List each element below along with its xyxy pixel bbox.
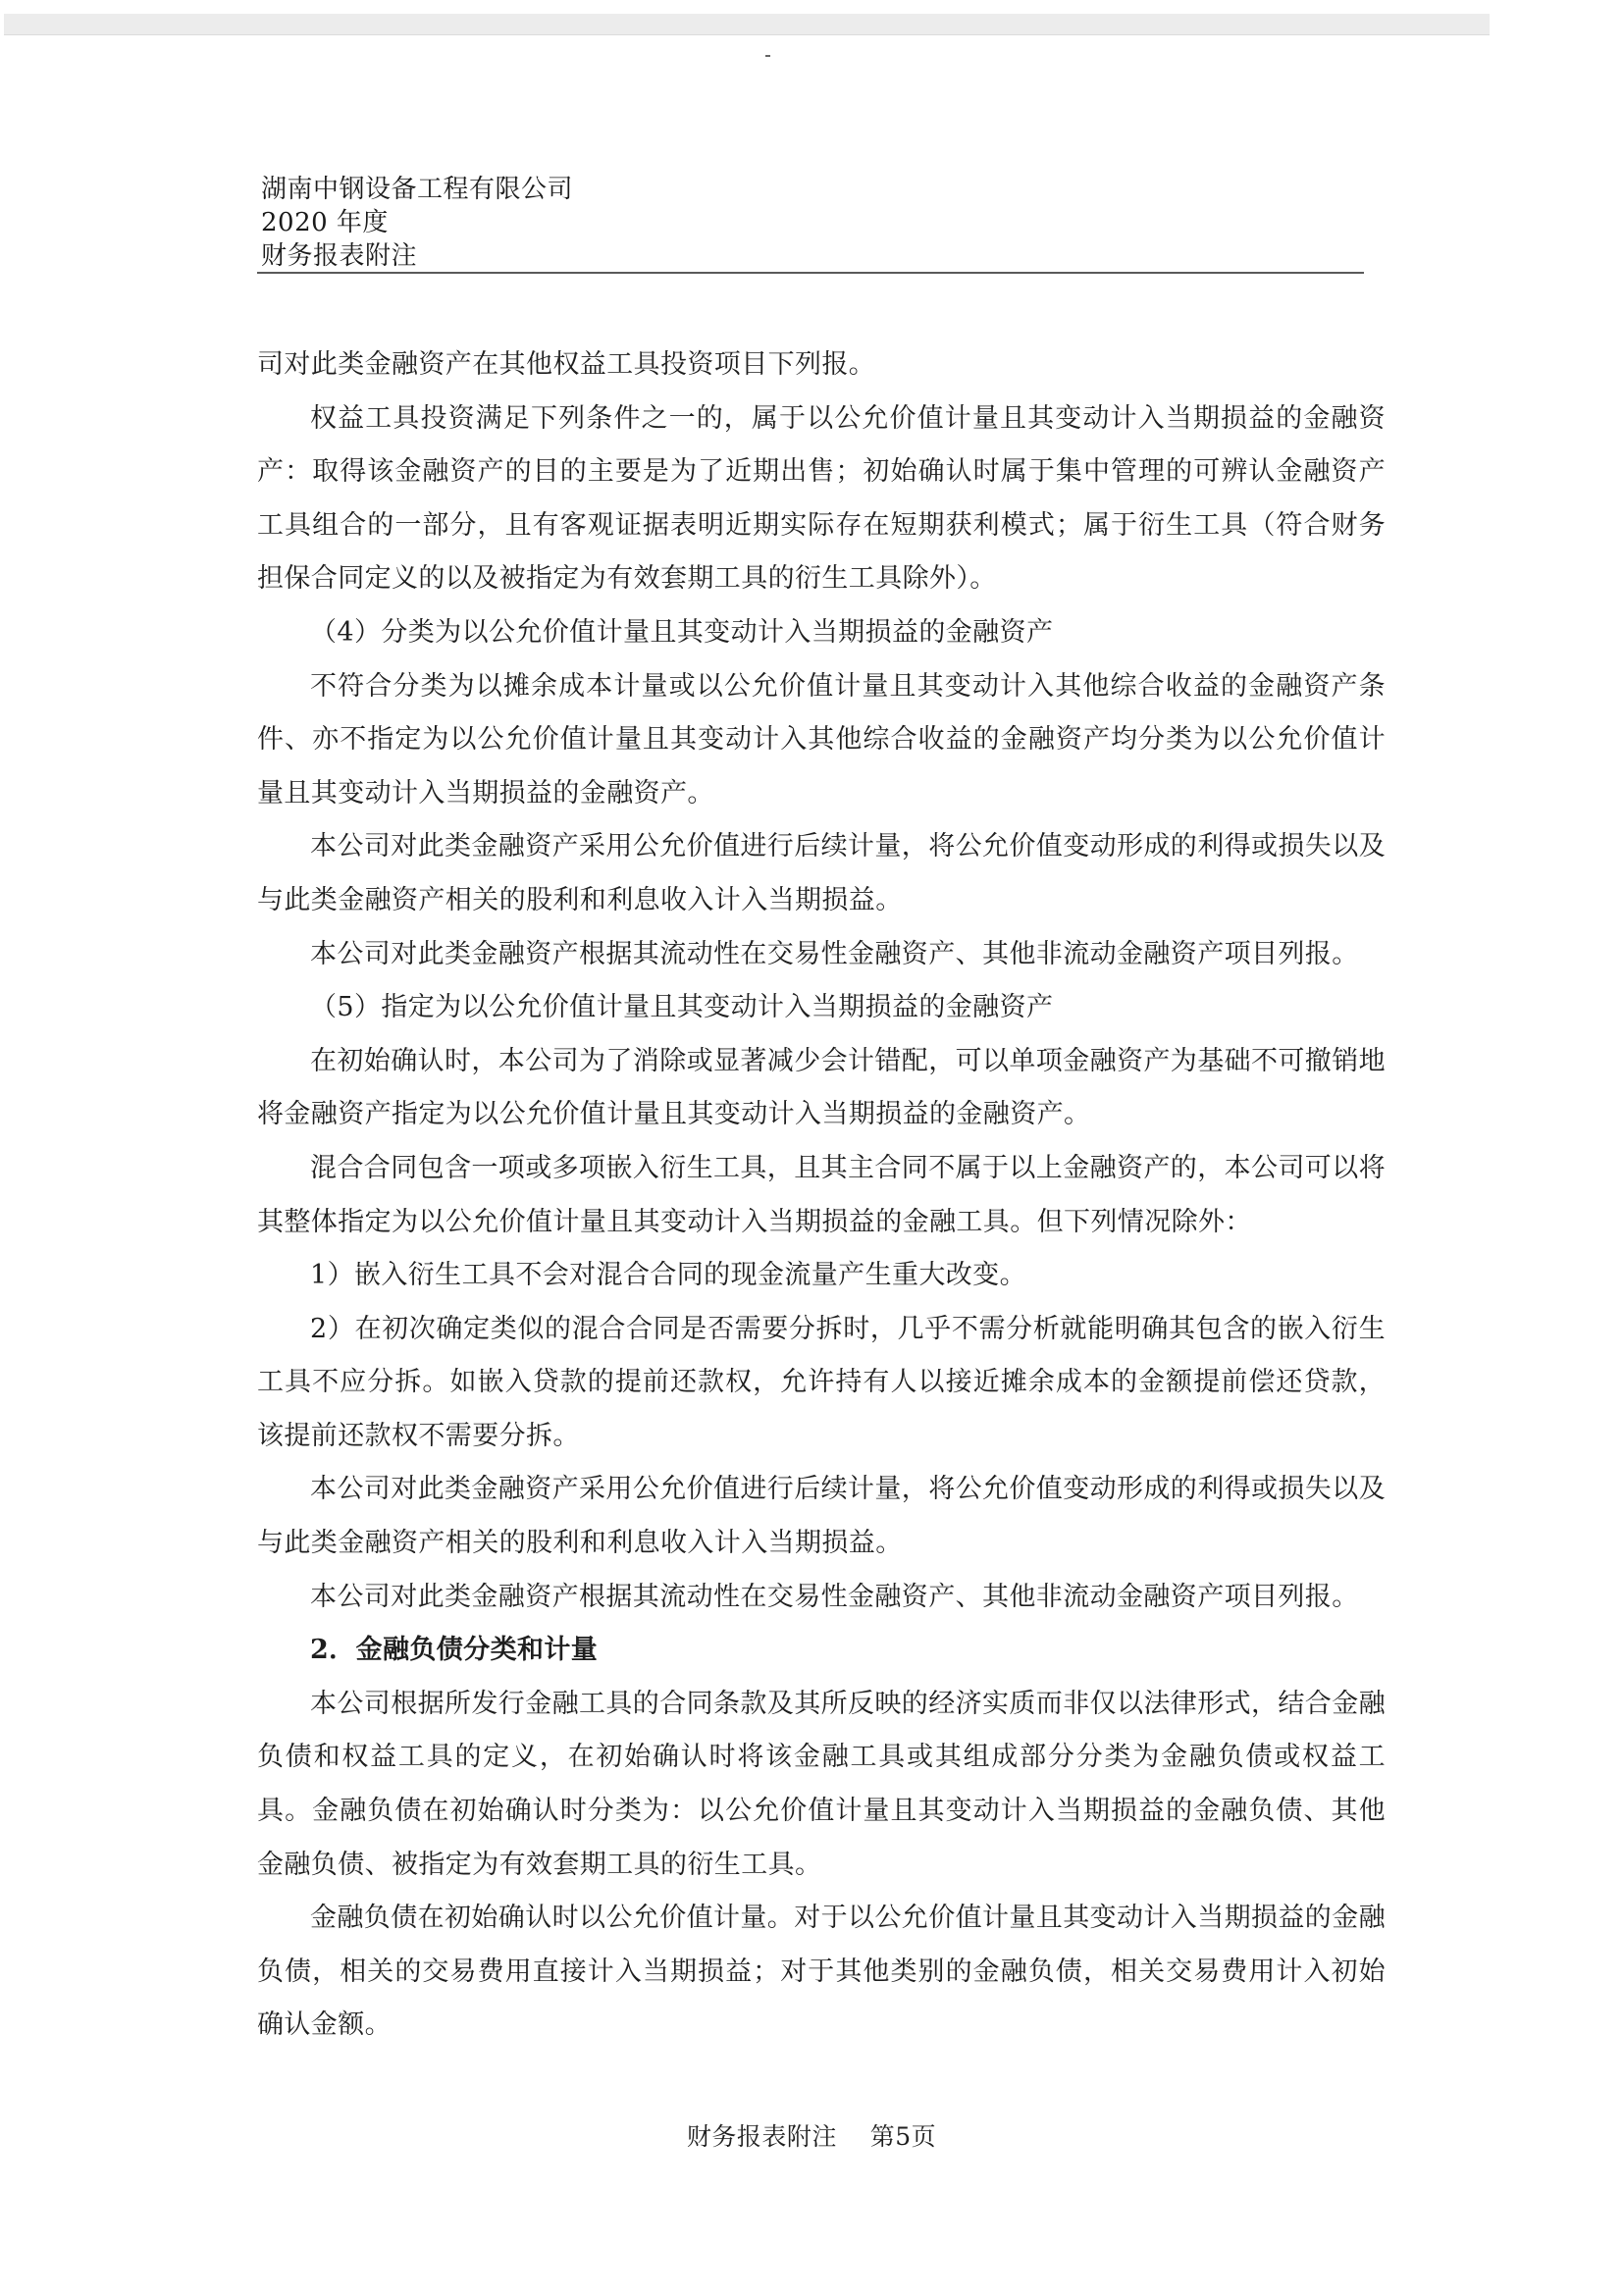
scan-artifact-band bbox=[4, 14, 1490, 35]
paragraph: 本公司对此类金融资产采用公允价值进行后续计量，将公允价值变动形成的利得或损失以及… bbox=[257, 820, 1386, 927]
document-body: 司对此类金融资产在其他权益工具投资项目下列报。 权益工具投资满足下列条件之一的，… bbox=[257, 339, 1386, 2053]
paragraph: 金融负债在初始确认时以公允价值计量。对于以公允价值计量且其变动计入当期损益的金融… bbox=[257, 1892, 1386, 2053]
section-heading-financial-liabilities: 2．金融负债分类和计量 bbox=[257, 1624, 1386, 1678]
page-footer: 财务报表附注 第5页 bbox=[0, 2117, 1623, 2153]
paragraph: 混合合同包含一项或多项嵌入衍生工具，且其主合同不属于以上金融资产的，本公司可以将… bbox=[257, 1142, 1386, 1249]
list-item-2: 2）在初次确定类似的混合合同是否需要分拆时，几乎不需分析就能明确其包含的嵌入衍生… bbox=[257, 1303, 1386, 1464]
company-name: 湖南中钢设备工程有限公司 bbox=[261, 173, 1366, 206]
header-divider bbox=[257, 272, 1364, 274]
paragraph: 本公司对此类金融资产根据其流动性在交易性金融资产、其他非流动金融资产项目列报。 bbox=[257, 1571, 1386, 1625]
paragraph: 本公司对此类金融资产采用公允价值进行后续计量，将公允价值变动形成的利得或损失以及… bbox=[257, 1463, 1386, 1570]
paragraph: 本公司根据所发行金融工具的合同条款及其所反映的经济实质而非仅以法律形式，结合金融… bbox=[257, 1678, 1386, 1892]
scan-artifact-dot bbox=[765, 55, 770, 57]
report-year: 2020 年度 bbox=[261, 206, 1366, 239]
document-title: 财务报表附注 bbox=[261, 239, 1366, 273]
paragraph-continuation: 司对此类金融资产在其他权益工具投资项目下列报。 bbox=[257, 339, 1386, 392]
paragraph: 本公司对此类金融资产根据其流动性在交易性金融资产、其他非流动金融资产项目列报。 bbox=[257, 928, 1386, 982]
footer-spacer bbox=[845, 2122, 862, 2151]
paragraph: 不符合分类为以摊余成本计量或以公允价值计量且其变动计入其他综合收益的金融资产条件… bbox=[257, 660, 1386, 821]
paragraph-equity-investment-conditions: 权益工具投资满足下列条件之一的，属于以公允价值计量且其变动计入当期损益的金融资产… bbox=[257, 392, 1386, 606]
paragraph: 在初始确认时，本公司为了消除或显著减少会计错配，可以单项金融资产为基础不可撤销地… bbox=[257, 1035, 1386, 1142]
subheading-4: （4）分类为以公允价值计量且其变动计入当期损益的金融资产 bbox=[257, 606, 1386, 660]
subheading-5: （5）指定为以公允价值计量且其变动计入当期损益的金融资产 bbox=[257, 981, 1386, 1035]
footer-label: 财务报表附注 bbox=[687, 2122, 837, 2151]
page-number: 第5页 bbox=[870, 2122, 936, 2151]
list-item-1: 1）嵌入衍生工具不会对混合合同的现金流量产生重大改变。 bbox=[257, 1249, 1386, 1303]
page-header: 湖南中钢设备工程有限公司 2020 年度 财务报表附注 bbox=[261, 173, 1366, 273]
